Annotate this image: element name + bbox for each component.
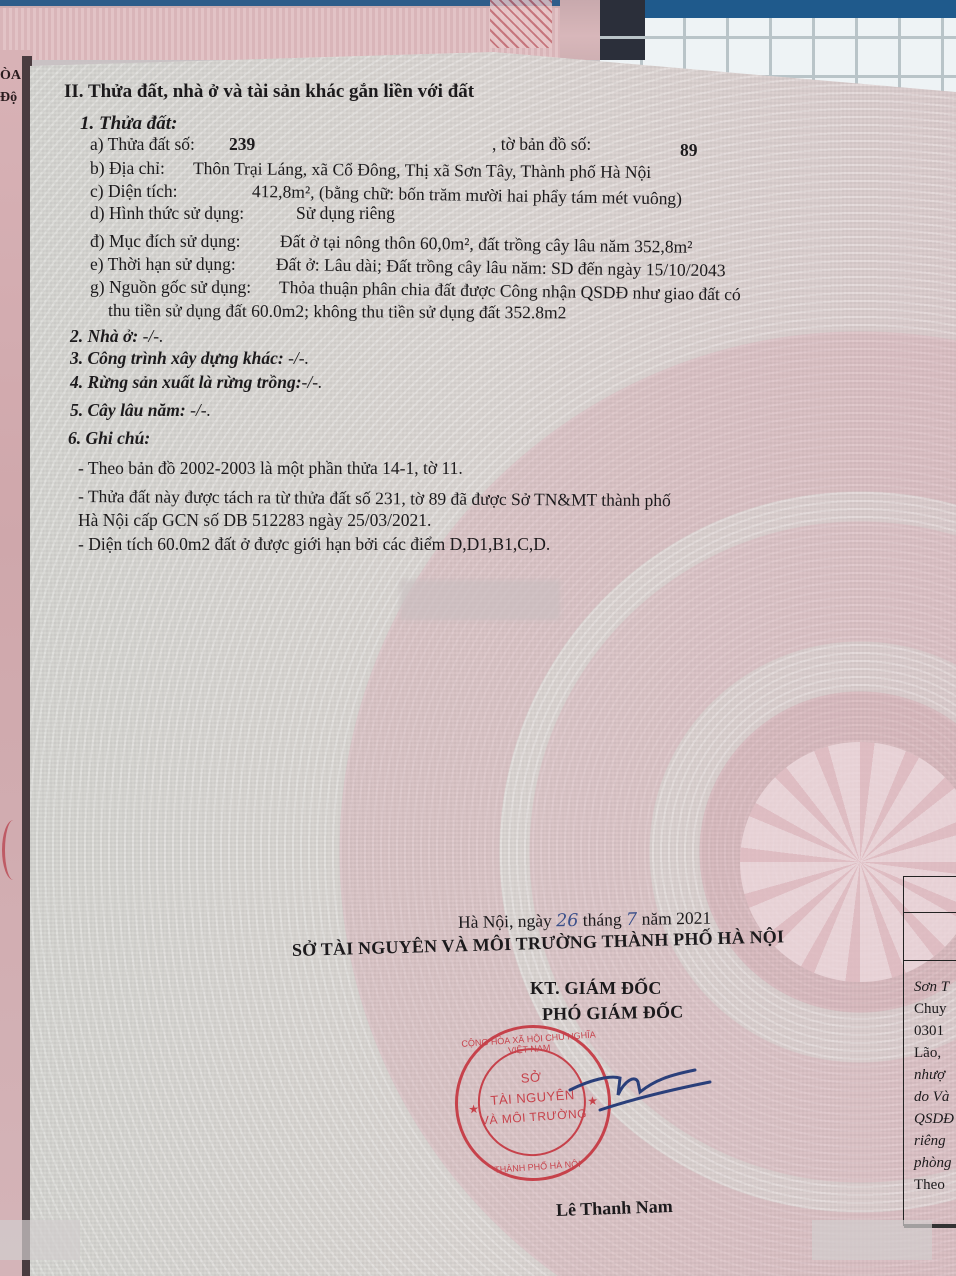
item-other-construction: 3. Công trình xây dựng khác: -/-. (70, 348, 309, 368)
item-house: 2. Nhà ở: -/-. (70, 326, 164, 346)
address-label: b) Địa chỉ: (90, 158, 165, 178)
address-value: Thôn Trại Láng, xã Cổ Đông, Thị xã Sơn T… (193, 158, 651, 182)
notes-heading: 6. Ghi chú: (68, 428, 150, 448)
redacted-corner (812, 1220, 932, 1260)
certificate-content: II. Thửa đất, nhà ở và tài sản khác gắn … (0, 0, 956, 1276)
usage-origin-label: g) Nguồn gốc sử dụng: (90, 277, 251, 297)
handwritten-signature (560, 1050, 720, 1120)
usage-origin-value: Thỏa thuận phân chia đất được Công nhận … (279, 277, 741, 304)
parcel-number-label: a) Thửa đất số: (90, 134, 195, 154)
redacted-area (400, 580, 560, 620)
usage-purpose-label: đ) Mục đích sử dụng: (90, 231, 240, 251)
usage-origin-value-cont: thu tiền sử dụng đất 60.0m2; không thu t… (108, 300, 567, 322)
map-sheet-value: 89 (680, 140, 698, 160)
usage-term-value: Đất ở: Lâu dài; Đất trồng cây lâu năm: S… (276, 254, 726, 280)
note-line: - Diện tích 60.0m2 đất ở được giới hạn b… (78, 534, 550, 554)
area-label: c) Diện tích: (90, 181, 177, 201)
handwritten-day: 26 (556, 911, 579, 931)
usage-purpose-value: Đất ở tại nông thôn 60,0m², đất trồng câ… (280, 231, 693, 257)
right-page-table: Sơn T Chuy 0301 Lão, nhượ do Và QSDĐ riê… (903, 876, 956, 1226)
usage-form-value: Sử dụng riêng (296, 203, 395, 223)
section-title: II. Thửa đất, nhà ở và tài sản khác gắn … (64, 82, 474, 102)
redacted-corner (0, 1220, 80, 1260)
signer-role-1: KT. GIÁM ĐỐC (530, 978, 662, 998)
signer-name: Lê Thanh Nam (556, 1196, 673, 1220)
parcel-heading: 1. Thửa đất: (80, 114, 177, 134)
note-line: - Thửa đất này được tách ra từ thửa đất … (78, 486, 671, 510)
item-planted-forest: 4. Rừng sản xuất là rừng trồng:-/-. (70, 372, 322, 392)
map-sheet-label: , tờ bản đồ số: (492, 134, 591, 154)
note-line: Hà Nội cấp GCN số DB 512283 ngày 25/03/2… (78, 510, 431, 530)
item-perennial-trees: 5. Cây lâu năm: -/-. (70, 400, 211, 420)
handwritten-month: 7 (626, 910, 637, 930)
signer-role-2: PHÓ GIÁM ĐỐC (542, 1002, 684, 1024)
usage-term-label: e) Thời hạn sử dụng: (90, 254, 236, 274)
usage-form-label: d) Hình thức sử dụng: (90, 203, 244, 223)
parcel-number-value: 239 (229, 134, 255, 154)
note-line: - Theo bản đồ 2002-2003 là một phần thửa… (78, 458, 463, 478)
